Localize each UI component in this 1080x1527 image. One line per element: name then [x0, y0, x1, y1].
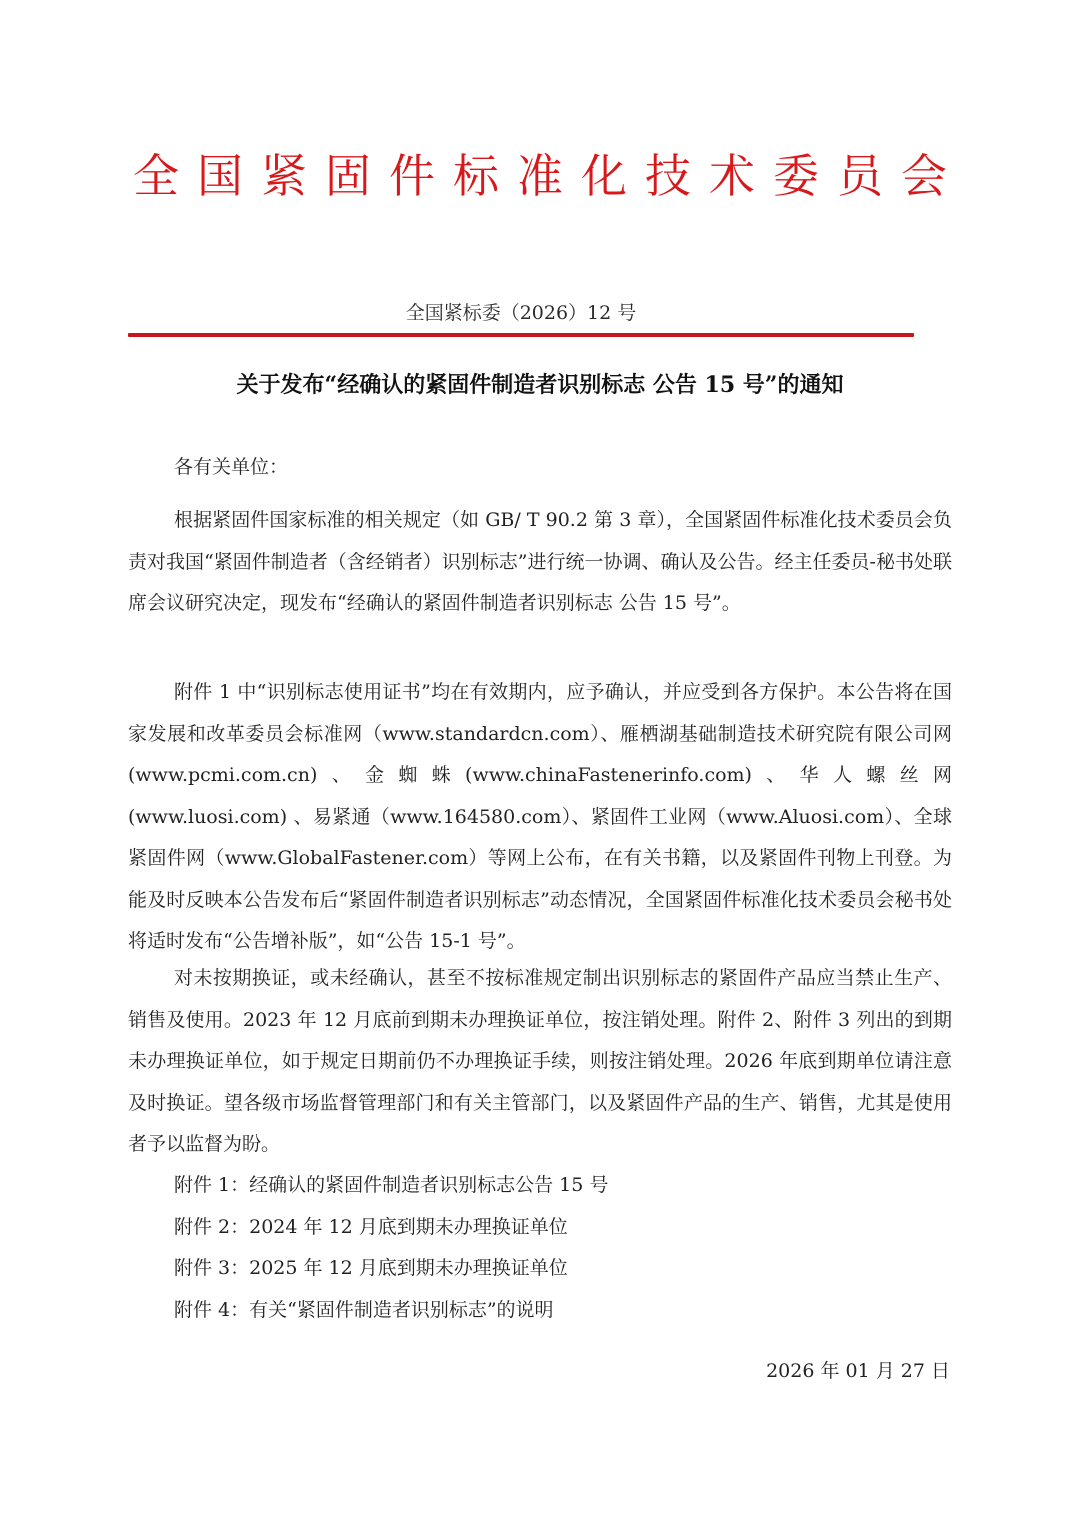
body-paragraph: 附件 1 中“识别标志使用证书”均在有效期内，应予确认，并应受到各方保护。本公告…	[128, 672, 952, 963]
header-divider	[128, 333, 914, 337]
organization-header: 全 国 紧 固 件 标 准 化 技 术 委 员 会	[128, 138, 952, 208]
org-char: 全	[128, 140, 184, 206]
body-paragraph: 对未按期换证，或未经确认，甚至不按标准规定制出识别标志的紧固件产品应当禁止生产、…	[128, 958, 952, 1166]
document-title: 关于发布“经确认的紧固件制造者识别标志 公告 15 号”的通知	[128, 368, 952, 399]
org-char: 国	[192, 140, 248, 206]
document-number: 全国紧标委（2026）12 号	[128, 298, 914, 325]
org-char: 术	[704, 140, 760, 206]
attachment-item: 附件 3：2025 年 12 月底到期未办理换证单位	[174, 1248, 608, 1290]
org-char: 员	[832, 140, 888, 206]
attachment-list: 附件 1：经确认的紧固件制造者识别标志公告 15 号 附件 2：2024 年 1…	[174, 1165, 608, 1331]
org-char: 委	[768, 140, 824, 206]
attachment-item: 附件 2：2024 年 12 月底到期未办理换证单位	[174, 1207, 608, 1249]
org-char: 化	[576, 140, 632, 206]
org-char: 件	[384, 140, 440, 206]
document-date: 2026 年 01 月 27 日	[766, 1356, 950, 1383]
body-paragraph: 根据紧固件国家标准的相关规定（如 GB/ T 90.2 第 3 章），全国紧固件…	[128, 500, 952, 625]
org-char: 会	[896, 140, 952, 206]
salutation: 各有关单位：	[174, 452, 288, 479]
attachment-item: 附件 1：经确认的紧固件制造者识别标志公告 15 号	[174, 1165, 608, 1207]
attachment-item: 附件 4：有关“紧固件制造者识别标志”的说明	[174, 1290, 608, 1332]
org-char: 标	[448, 140, 504, 206]
org-char: 准	[512, 140, 568, 206]
document-page: 全 国 紧 固 件 标 准 化 技 术 委 员 会 全国紧标委（2026）12 …	[0, 0, 1080, 1527]
org-char: 紧	[256, 140, 312, 206]
org-char: 固	[320, 140, 376, 206]
org-char: 技	[640, 140, 696, 206]
